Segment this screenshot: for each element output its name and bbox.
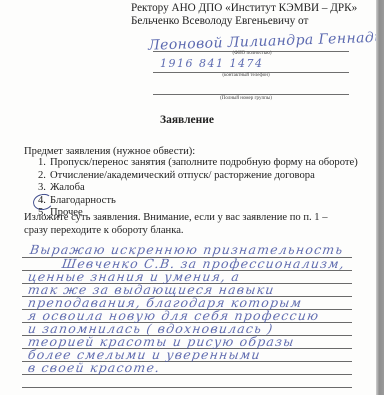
group-number-caption: (Полный номер группы) bbox=[220, 96, 272, 101]
document-title: Заявление bbox=[160, 114, 214, 126]
subject-options: 1.Пропуск/перенос занятия (заполните под… bbox=[38, 157, 358, 220]
handwritten-line: Выражаю искреннюю признательность bbox=[29, 242, 345, 257]
phone-caption: (контактный телефон) bbox=[222, 73, 269, 78]
subject-option-3[interactable]: 3.Жалоба bbox=[38, 182, 358, 195]
phone-value: 1916 841 1474 bbox=[160, 57, 263, 70]
addressee-line-1: Ректору АНО ДПО «Институт КЭМВИ – ДРК» bbox=[131, 2, 357, 15]
subject-label: Предмет заявления (нужное обвести): bbox=[24, 146, 195, 157]
group-number-line[interactable] bbox=[153, 94, 349, 95]
page-edge-shadow bbox=[376, 0, 384, 395]
ruled-line bbox=[22, 387, 352, 388]
application-form-page: Ректору АНО ДПО «Институт КЭМВИ – ДРК» Б… bbox=[0, 0, 376, 395]
subject-option-4[interactable]: 4.Благодарность bbox=[38, 195, 358, 208]
addressee-line-2: Бельченко Всеволоду Евгеньевичу от bbox=[131, 15, 357, 28]
subject-option-1[interactable]: 1.Пропуск/перенос занятия (заполните под… bbox=[38, 157, 358, 170]
handwritten-line: в своей красоте. bbox=[27, 360, 161, 375]
instructions-text: Изложите суть заявления. Внимание, если … bbox=[24, 212, 354, 237]
addressee-block: Ректору АНО ДПО «Институт КЭМВИ – ДРК» Б… bbox=[131, 2, 357, 28]
subject-option-2[interactable]: 2.Отчисление/академический отпуск/ расто… bbox=[38, 170, 358, 183]
full-name-value: Леоновой Лилиандра Геннадьевны bbox=[148, 28, 384, 54]
full-name-caption: (ФИО полностью) bbox=[232, 51, 271, 56]
